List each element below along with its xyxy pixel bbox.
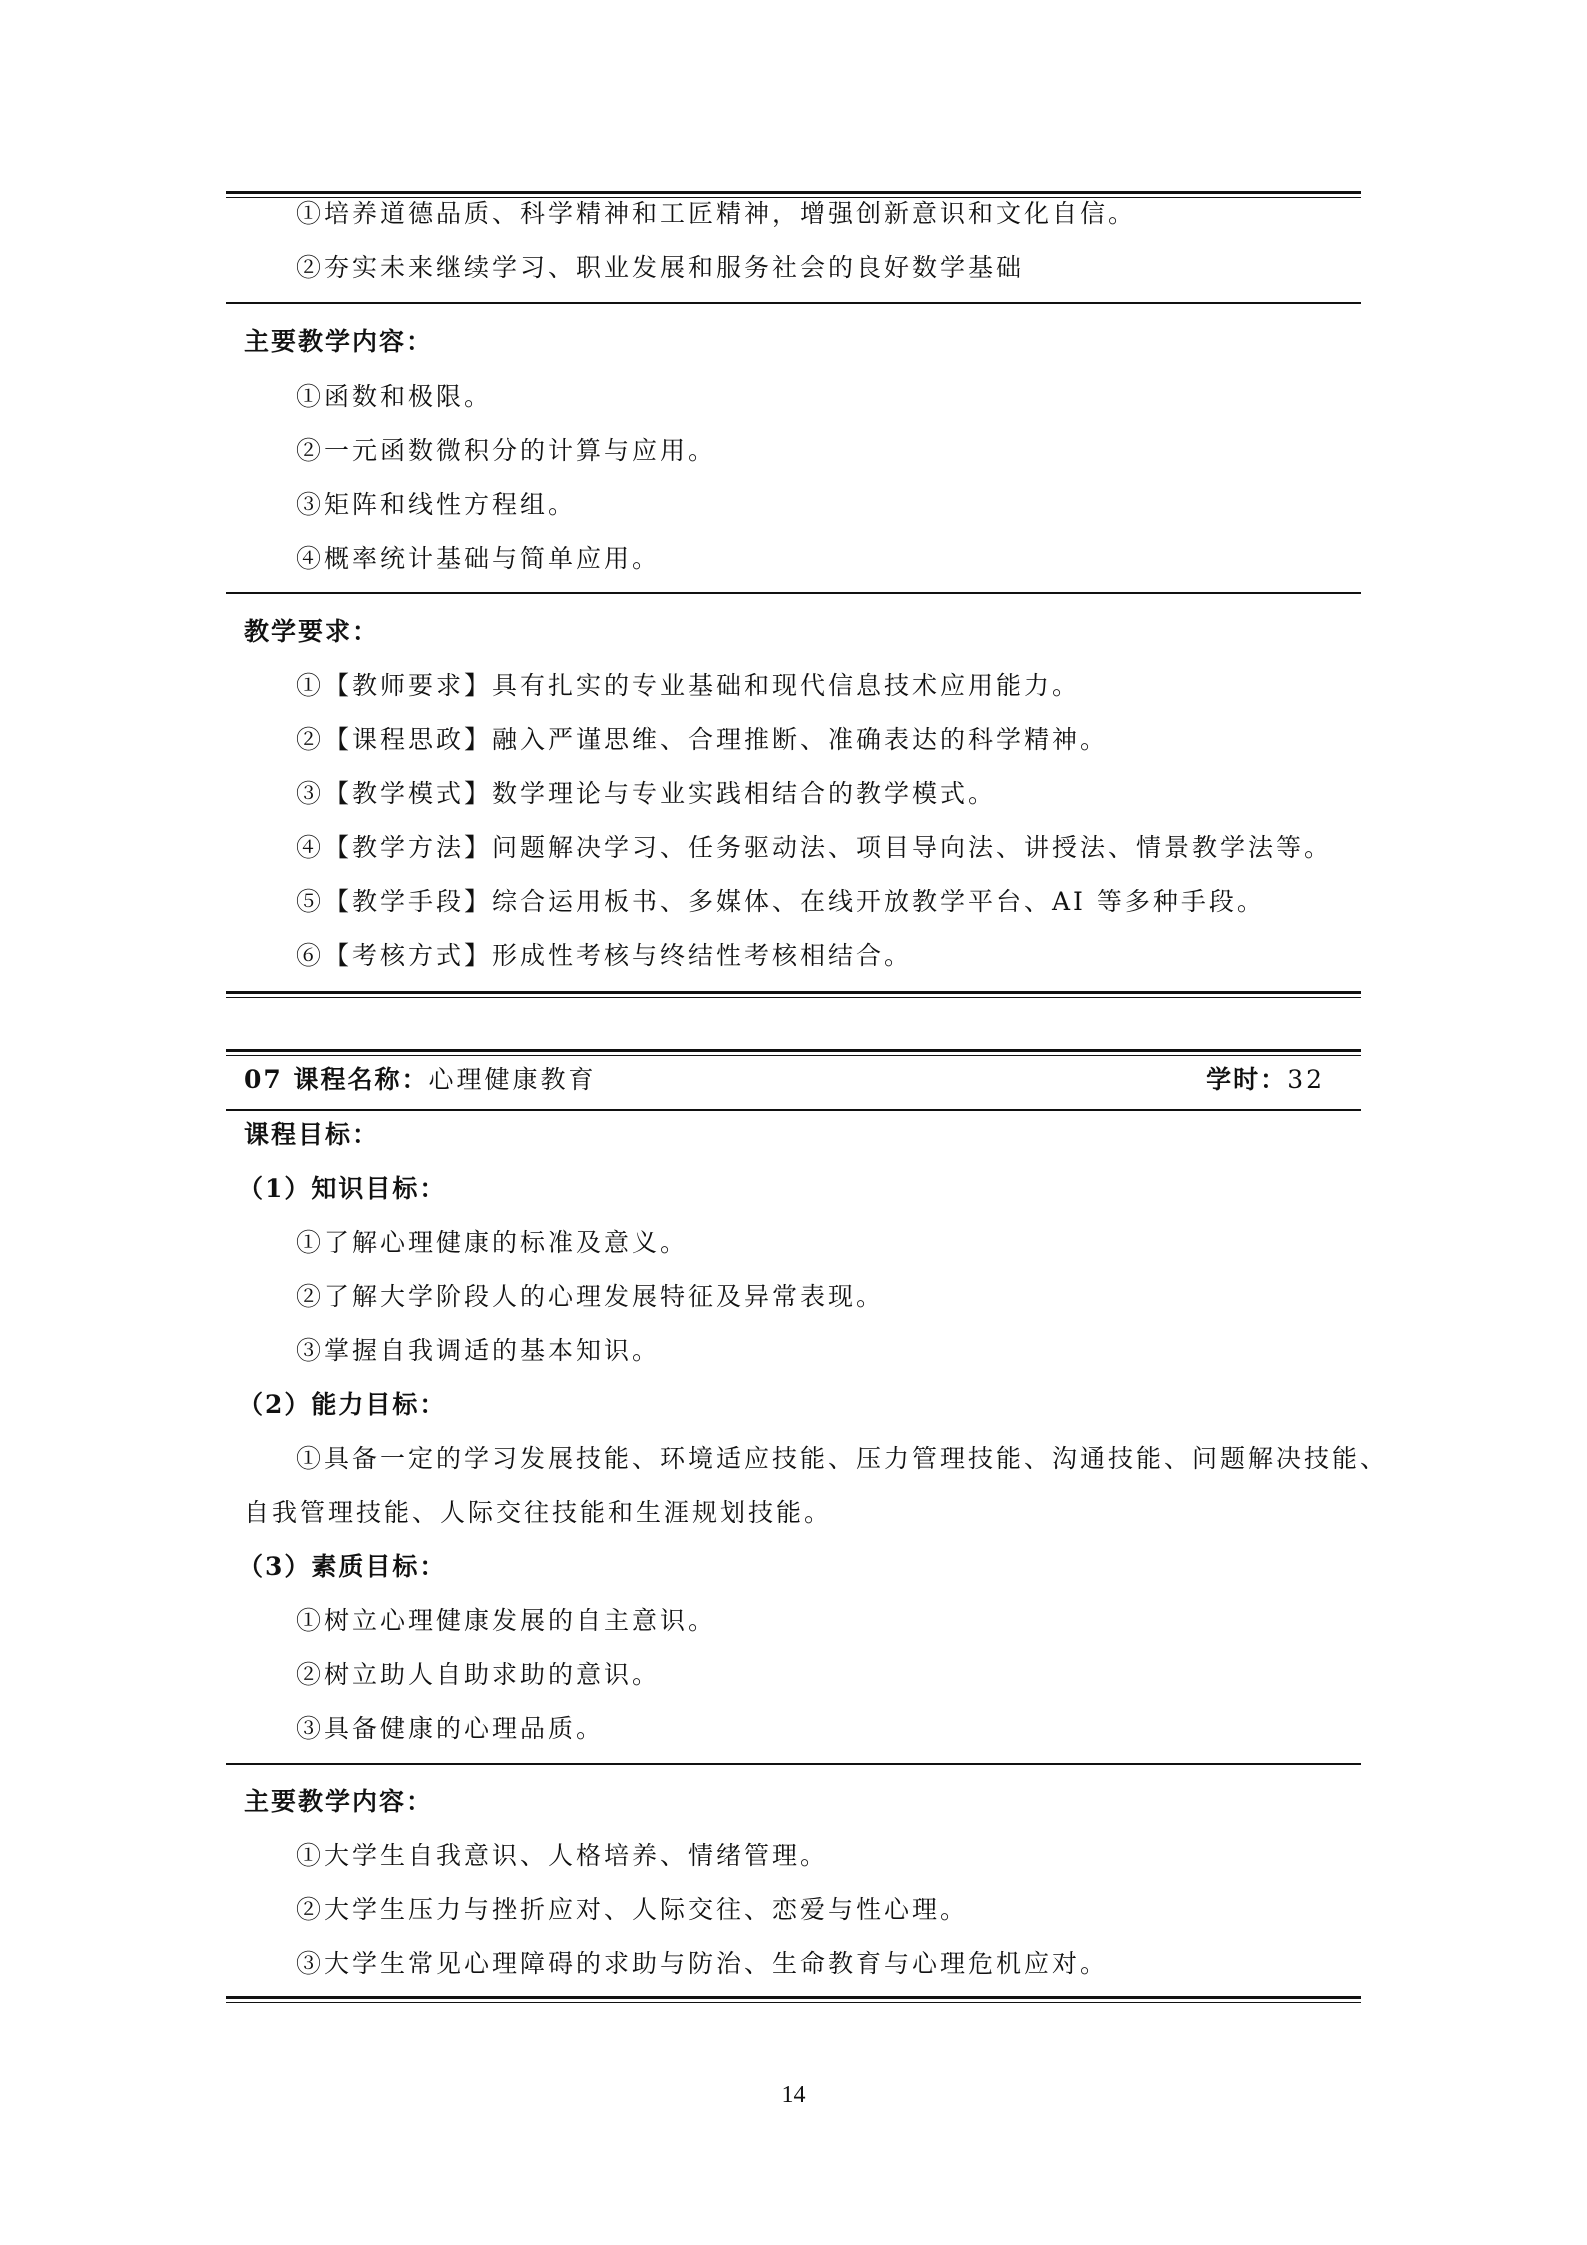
header-divider (226, 1109, 1361, 1111)
table-top-double-rule (226, 1049, 1361, 1056)
main-content-label: 主要教学内容： (226, 1785, 1361, 1819)
knowledge-item: ③掌握自我调适的基本知识。 (226, 1334, 1361, 1368)
course-name: 心理健康教育 (429, 1065, 597, 1094)
content-item: ①函数和极限。 (226, 380, 1361, 414)
course-number-label: 07 课程名称： (244, 1065, 429, 1094)
objective-item: ①培养道德品质、科学精神和工匠精神，增强创新意识和文化自信。 (226, 197, 1361, 231)
content-item: ③大学生常见心理障碍的求助与防治、生命教育与心理危机应对。 (226, 1947, 1361, 1981)
objective-item: ②夯实未来继续学习、职业发展和服务社会的良好数学基础 (226, 251, 1361, 285)
hours-value: 32 (1287, 1065, 1325, 1094)
content-item: ③矩阵和线性方程组。 (226, 488, 1361, 522)
requirement-item: ④【教学方法】问题解决学习、任务驱动法、项目导向法、讲授法、情景教学法等。 (226, 831, 1361, 865)
requirement-item: ②【课程思政】融入严谨思维、合理推断、准确表达的科学精神。 (226, 723, 1361, 757)
table-bottom-double-rule (226, 1996, 1361, 2003)
table-bottom-double-rule (226, 991, 1361, 998)
ability-objectives-label: （2）能力目标： (226, 1388, 1361, 1422)
requirement-item: ①【教师要求】具有扎实的专业基础和现代信息技术应用能力。 (226, 669, 1361, 703)
content-item: ②大学生压力与挫折应对、人际交往、恋爱与性心理。 (226, 1893, 1361, 1927)
requirements-label: 教学要求： (226, 615, 1361, 649)
quality-item: ③具备健康的心理品质。 (226, 1712, 1361, 1746)
quality-item: ②树立助人自助求助的意识。 (226, 1658, 1361, 1692)
page-number: 14 (0, 2080, 1587, 2110)
ability-item-continued: 自我管理技能、人际交往技能和生涯规划技能。 (226, 1496, 1361, 1530)
knowledge-item: ①了解心理健康的标准及意义。 (226, 1226, 1361, 1260)
document-page: ①培养道德品质、科学精神和工匠精神，增强创新意识和文化自信。 ②夯实未来继续学习… (0, 0, 1587, 2245)
section-divider (226, 1763, 1361, 1765)
ability-item: ①具备一定的学习发展技能、环境适应技能、压力管理技能、沟通技能、问题解决技能、 (226, 1442, 1361, 1476)
requirement-item: ⑥【考核方式】形成性考核与终结性考核相结合。 (226, 939, 1361, 973)
course-header: 07 课程名称：心理健康教育 学时：32 (226, 1063, 1361, 1097)
content-item: ④概率统计基础与简单应用。 (226, 542, 1361, 576)
course-title: 07 课程名称：心理健康教育 (244, 1063, 597, 1097)
quality-objectives-label: （3）素质目标： (226, 1550, 1361, 1584)
content-item: ②一元函数微积分的计算与应用。 (226, 434, 1361, 468)
content-item: ①大学生自我意识、人格培养、情绪管理。 (226, 1839, 1361, 1873)
requirement-item: ③【教学模式】数学理论与专业实践相结合的教学模式。 (226, 777, 1361, 811)
requirement-item: ⑤【教学手段】综合运用板书、多媒体、在线开放教学平台、AI 等多种手段。 (226, 885, 1361, 919)
hours-label: 学时： (1206, 1065, 1287, 1094)
knowledge-item: ②了解大学阶段人的心理发展特征及异常表现。 (226, 1280, 1361, 1314)
course-hours: 学时：32 (1206, 1063, 1325, 1097)
section-divider (226, 592, 1361, 594)
objectives-label: 课程目标： (226, 1118, 1361, 1152)
section-divider (226, 302, 1361, 304)
main-content-label: 主要教学内容： (226, 325, 1361, 359)
quality-item: ①树立心理健康发展的自主意识。 (226, 1604, 1361, 1638)
knowledge-objectives-label: （1）知识目标： (226, 1172, 1361, 1206)
